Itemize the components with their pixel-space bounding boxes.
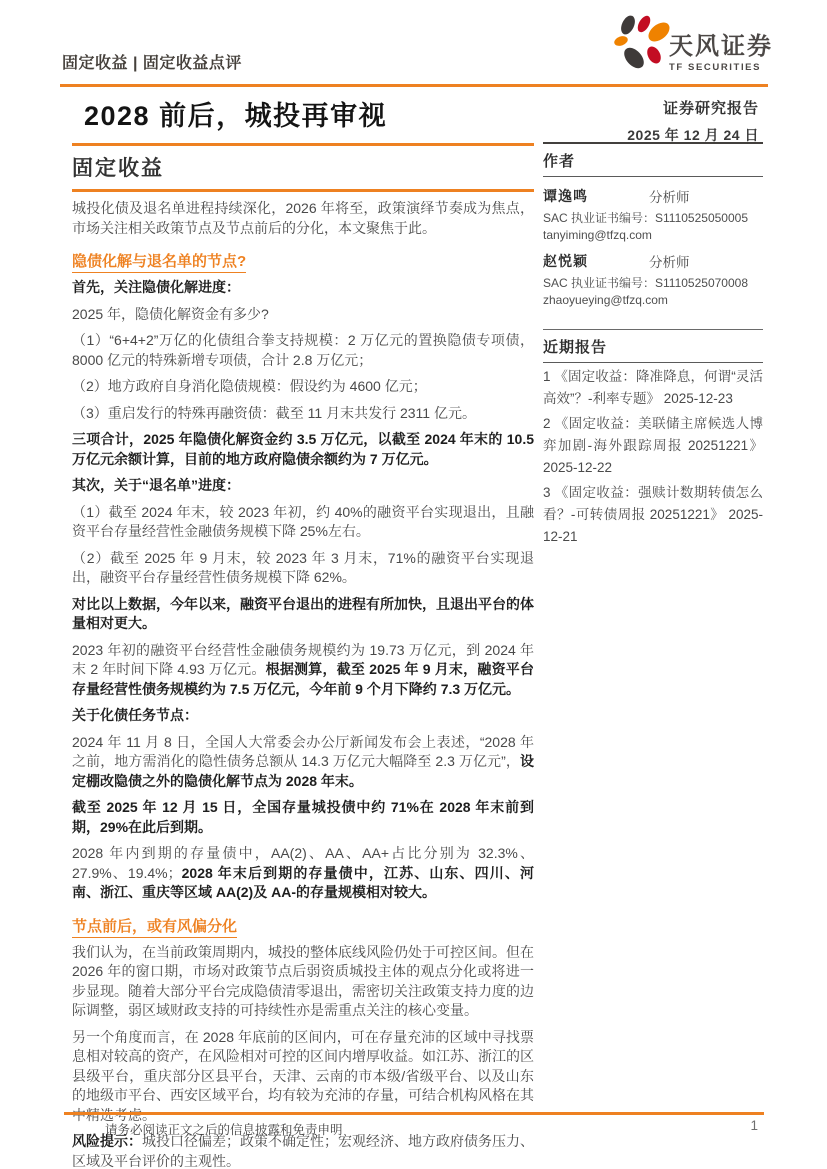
sidebar: 作者 谭逸鸣 分析师 SAC 执业证书编号：S1110525050005 tan…: [543, 142, 763, 548]
author-email[interactable]: zhaoyueying@tfzq.com: [543, 293, 763, 307]
article-paragraph: 对比以上数据，今年以来，融资平台退出的进程有所加快，且退出平台的体量相对更大。: [72, 595, 534, 634]
article-paragraph: 2024 年 11 月 8 日，全国人大常委会办公厅新闻发布会上表述，“2028…: [72, 733, 534, 792]
report-link[interactable]: 3 《固定收益：强赎计数期转债怎么看？-可转债周报 20251221》 2025…: [543, 482, 763, 548]
main-column: 固定收益 城投化债及退名单进程持续深化，2026 年将至，政策演绎节奏成为焦点，…: [72, 143, 534, 1169]
brand-name-en: TF SECURITIES: [669, 62, 773, 73]
page-title: 2028 前后，城投再审视: [84, 94, 387, 133]
report-category: 固定收益 | 固定收益点评: [62, 50, 242, 73]
article-paragraph: 2023 年初的融资平台经营性金融债务规模约为 19.73 万亿元，到 2024…: [72, 641, 534, 700]
article-body: 城投化债及退名单进程持续深化，2026 年将至，政策演绎节奏成为焦点，市场关注相…: [72, 199, 534, 1169]
report-link[interactable]: 1 《固定收益：降准降息，何谓“灵活高效”？-利率专题》 2025-12-23: [543, 366, 763, 410]
authors-section: 作者 谭逸鸣 分析师 SAC 执业证书编号：S1110525050005 tan…: [543, 142, 763, 307]
report-page: 固定收益 | 固定收益点评 天风证券 TF SECURITIES 2028 前后…: [0, 0, 827, 1169]
report-title[interactable]: 《固定收益：美联储主席候选人博弈加剧-海外跟踪周报 20251221》: [543, 416, 763, 453]
author-sac-number: SAC 执业证书编号：S1110525050005: [543, 209, 763, 226]
article-section-heading: 节点前后，或有风偏分化: [72, 915, 534, 936]
page-number: 1: [750, 1118, 758, 1133]
author-name: 谭逸鸣: [543, 186, 649, 206]
header-divider: [60, 84, 768, 87]
tf-flower-logo-icon: [611, 13, 675, 82]
article-paragraph: 另一个角度而言，在 2028 年底前的区间内，可在存量充沛的区域中寻找票息相对较…: [72, 1028, 534, 1126]
report-type-label: 证券研究报告: [543, 97, 759, 118]
article-paragraph: 截至 2025 年 12 月 15 日，全国存量城投债中约 71%在 2028 …: [72, 798, 534, 837]
report-meta: 证券研究报告 2025 年 12 月 24 日: [543, 97, 759, 145]
article-paragraph: 三项合计，2025 年隐债化解资金约 3.5 万亿元，以截至 2024 年末的 …: [72, 430, 534, 469]
author-entry: 赵悦颖 分析师 SAC 执业证书编号：S1110525070008 zhaoyu…: [543, 251, 763, 307]
author-name: 赵悦颖: [543, 251, 649, 271]
author-entry: 谭逸鸣 分析师 SAC 执业证书编号：S1110525050005 tanyim…: [543, 186, 763, 242]
article-paragraph: 2025 年，隐债化解资金有多少?: [72, 305, 534, 325]
article-paragraph: （1）截至 2024 年末，较 2023 年初，约 40%的融资平台实现退出，且…: [72, 503, 534, 542]
article-paragraph: 我们认为，在当前政策周期内，城投的整体底线风险仍处于可控区间。但在 2026 年…: [72, 943, 534, 1021]
article-paragraph: （1）“6+4+2”万亿的化债组合拳支持规模：2 万亿元的置换隐债专项债，800…: [72, 331, 534, 370]
authors-heading: 作者: [543, 144, 763, 177]
report-item-date: 2025-12-22: [543, 460, 612, 475]
brand-name-cn: 天风证券: [669, 34, 773, 60]
article-paragraph: 2028 年内到期的存量债中，AA(2)、AA、AA+占比分别为 32.3%、2…: [72, 844, 534, 903]
author-sac-number: SAC 执业证书编号：S1110525070008: [543, 274, 763, 291]
article-paragraph: （2）地方政府自身消化隐债规模：假设约为 4600 亿元；: [72, 377, 534, 397]
report-link[interactable]: 2 《固定收益：美联储主席候选人博弈加剧-海外跟踪周报 20251221》 20…: [543, 413, 763, 479]
article-paragraph: （2）截至 2025 年 9 月末，较 2023 年 3 月末，71%的融资平台…: [72, 549, 534, 588]
footer-disclaimer: 请务必阅读正文之后的信息披露和免责申明: [105, 1120, 343, 1138]
article-paragraph: 首先，关注隐债化解进度：: [72, 278, 534, 298]
recent-reports-heading: 近期报告: [543, 330, 763, 363]
section-band: 固定收益: [72, 143, 534, 192]
article-section-heading: 隐债化解与退名单的节点?: [72, 250, 534, 271]
author-email[interactable]: tanyiming@tfzq.com: [543, 228, 763, 242]
author-role: 分析师: [649, 251, 690, 271]
report-index: 2: [543, 416, 551, 431]
footer-divider: [64, 1112, 764, 1115]
report-index: 3: [543, 485, 551, 500]
report-item-date: 2025-12-23: [664, 391, 733, 406]
section-label: 固定收益: [72, 157, 164, 180]
brand-logo: 天风证券 TF SECURITIES: [611, 13, 773, 82]
recent-reports-section: 近期报告 1 《固定收益：降准降息，何谓“灵活高效”？-利率专题》 2025-1…: [543, 329, 763, 548]
author-role: 分析师: [649, 186, 690, 206]
article-paragraph: 关于化债任务节点：: [72, 706, 534, 726]
brand-name: 天风证券 TF SECURITIES: [669, 22, 773, 73]
article-paragraph: 其次，关于“退名单”进度：: [72, 476, 534, 496]
article-paragraph: （3）重启发行的特殊再融资债：截至 11 月末共发行 2311 亿元。: [72, 404, 534, 424]
article-paragraph: 城投化债及退名单进程持续深化，2026 年将至，政策演绎节奏成为焦点，市场关注相…: [72, 199, 534, 238]
report-index: 1: [543, 369, 551, 384]
